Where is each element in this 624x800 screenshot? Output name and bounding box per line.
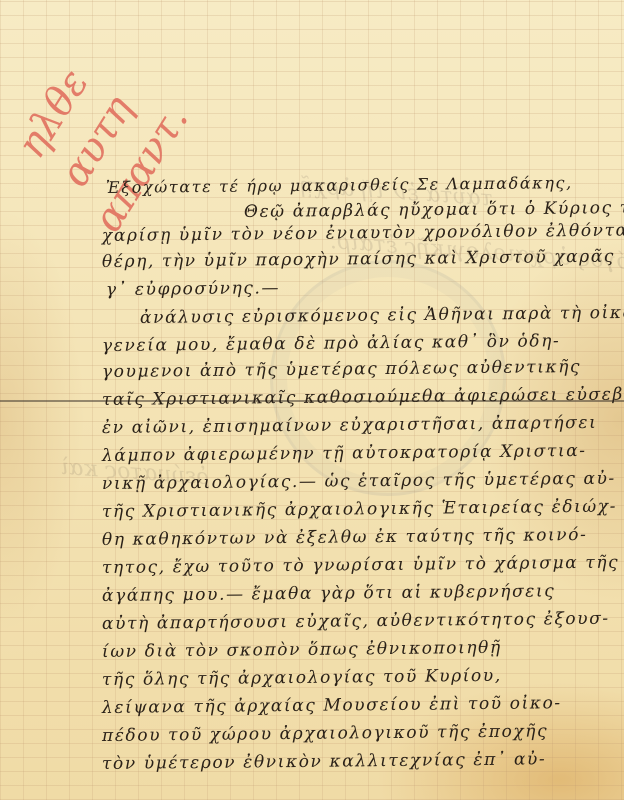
letter-line: ἀγάπης μου.— ἔμαθα γὰρ ὅτι αἱ κυβερνήσει… <box>102 581 556 606</box>
letter-page: ταῦτα ἐν τῇ ἀρχῇ λόγος ἀρχαιολογικῆς ἑτα… <box>0 0 624 800</box>
letter-line: θη καθηκόντων νὰ ἐξελθω ἐκ ταύτης τῆς κο… <box>102 525 588 550</box>
letter-greeting: Ἐξοχώτατε τέ ήρῳ μακαρισθείς Σε Λαμπαδάκ… <box>106 173 573 197</box>
letter-line: ίων διὰ τὸν σκοπὸν ὅπως ἐθνικοποιηθῇ <box>102 638 502 662</box>
letter-line: ἀνάλυσις εὐρισκόμενος εἰς Ἀθῆναι παρὰ τὴ… <box>140 303 624 328</box>
letter-line: λείψανα τῆς ἀρχαίας Μουσείου ἐπὶ τοῦ οἰκ… <box>102 693 562 718</box>
letter-line: ταῖς Χριστιανικαῖς καθοσιούμεθα ἀφιερώσε… <box>102 384 624 410</box>
letter-line: πέδου τοῦ χώρου ἀρχαιολογικοῦ τῆς ἐποχῆς <box>102 721 548 746</box>
letter-line: Θεῷ ἀπαρβλάς ηὔχομαι ὅτι ὁ Κύριος τῆ <box>244 198 624 222</box>
letter-line: χαρίσῃ ὑμῖν τὸν νέον ἐνιαυτὸν χρονόλιθον… <box>102 220 624 246</box>
letter-line: αὐτὴ ἀπαρτήσουσι εὐχαῖς, αὐθεντικότητος … <box>102 609 610 634</box>
letter-line: νικῇ ἀρχαιολογίας.— ὡς ἑταῖρος τῆς ὑμετέ… <box>102 469 616 494</box>
letter-line: γ᾽ εὐφροσύνης.— <box>106 278 280 300</box>
letter-line: τῆς Χριστιανικῆς ἀρχαιολογικῆς Ἑταιρείας… <box>102 497 617 522</box>
letter-line: τητος, ἔχω τοῦτο τὸ γνωρίσαι ὑμῖν τὸ χάρ… <box>102 553 619 578</box>
letter-line: λάμπον ἀφιερωμένην τῇ αὐτοκρατορίᾳ Χριστ… <box>102 441 587 466</box>
letter-line: ἐν αἰῶνι, ἐπισημαίνων εὐχαριστῆσαι, ἀπαρ… <box>102 413 598 438</box>
letter-line: τὸν ὑμέτερον ἐθνικὸν καλλιτεχνίας ἐπ᾽ αὐ… <box>102 749 546 774</box>
letter-line: γουμενοι ἀπὸ τῆς ὑμετέρας πόλεως αὐθεντι… <box>102 357 581 382</box>
letter-line: τῆς ὅλης τῆς ἀρχαιολογίας τοῦ Κυρίου, <box>102 666 502 690</box>
